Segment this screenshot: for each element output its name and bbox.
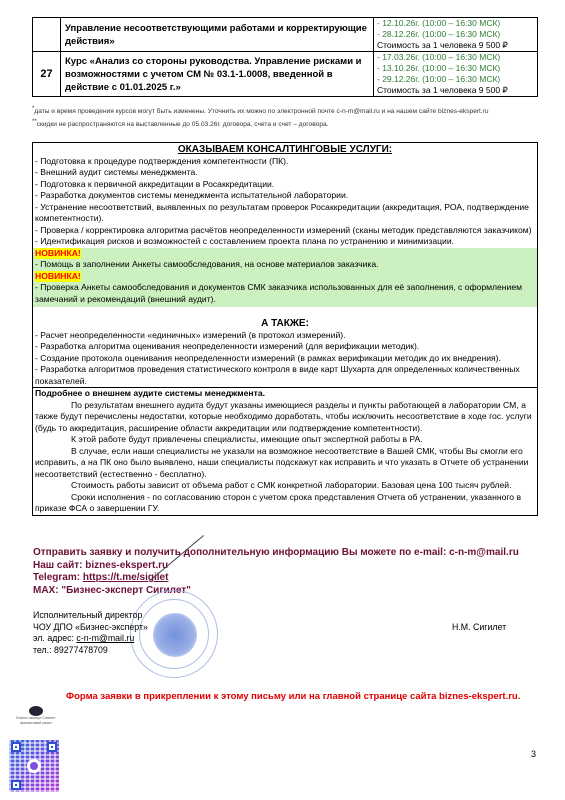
service-item: - Проверка / корректировка алгоритма рас…: [35, 225, 535, 237]
audit-paragraph: Сроки исполнения - по согласованию сторо…: [35, 492, 535, 515]
email-link[interactable]: c-n-m@mail.ru: [76, 633, 134, 643]
max-line: MAX: "Бизнес-эксперт Сигилет": [33, 585, 519, 598]
audit-paragraph: Стоимость работы зависит от объема работ…: [35, 480, 535, 492]
contacts-block: Отправить заявку и получить дополнительн…: [33, 547, 519, 597]
audit-paragraph: По результатам внешнего аудита будут ука…: [35, 400, 535, 435]
site-line: Наш сайт: biznes-ekspert.ru: [33, 560, 519, 573]
footnote-discounts: **скидки не распространяются на выставле…: [32, 117, 542, 130]
form-note: Форма заявки в прикреплении к этому пись…: [66, 691, 520, 702]
also-item: - Разработка алгоритмов проведения стати…: [35, 364, 535, 387]
max-logo-icon: [27, 759, 41, 773]
also-item: - Разработка алгоритма оценивания неопре…: [35, 341, 535, 353]
signer-name: Н.М. Сигилет: [452, 622, 506, 632]
service-item: - Разработка документов системы менеджме…: [35, 190, 535, 202]
qr-code-icon[interactable]: [9, 740, 59, 792]
course-date: - 12.10.26г. (10:00 – 16:30 МСК): [377, 18, 534, 29]
footnotes: *даты и время проведения курсов могут бы…: [32, 104, 542, 130]
request-line: Отправить заявку и получить дополнительн…: [33, 547, 519, 560]
course-table: Управление несоответствующими работами и…: [32, 17, 538, 97]
table-row: Управление несоответствующими работами и…: [33, 18, 538, 52]
telegram-label: Telegram:: [33, 572, 83, 583]
course-title: Управление несоответствующими работами и…: [61, 18, 374, 52]
course-price: Стоимость за 1 человека 9 500 ₽: [377, 40, 534, 51]
new-badge: НОВИНКА!: [35, 271, 81, 283]
course-dates: - 17.03.26г. (10:00 – 16:30 МСК) - 13.10…: [374, 52, 538, 97]
audit-paragraph: В случае, если наши специалисты не указа…: [35, 446, 535, 481]
service-item: - Подготовка к процедуре подтверждения к…: [35, 156, 535, 168]
service-item: - Подготовка к первичной аккредитации в …: [35, 179, 535, 191]
also-title: А ТАКЖЕ:: [35, 317, 535, 330]
services-box: ОКАЗЫВАЕМ КОНСАЛТИНГОВЫЕ УСЛУГИ: - Подго…: [32, 142, 538, 516]
page-number: 3: [531, 749, 536, 759]
consulting-title-text: ОКАЗЫВАЕМ КОНСАЛТИНГОВЫЕ УСЛУГИ:: [178, 144, 392, 155]
new-services-block: НОВИНКА! - Помощь в заполнении Анкеты са…: [33, 248, 537, 308]
course-price: Стоимость за 1 человека 9 500 ₽: [377, 85, 534, 96]
audit-heading: Подробнее о внешнем аудите системы менед…: [35, 388, 535, 400]
service-item: - Идентификация рисков и возможностей с …: [35, 236, 535, 248]
new-badge: НОВИНКА!: [35, 248, 81, 260]
footnote-dates: *даты и время проведения курсов могут бы…: [32, 104, 542, 117]
signature-block: Исполнительный директор ЧОУ ДПО «Бизнес-…: [33, 610, 148, 656]
table-row: 27 Курс «Анализ со стороны руководства. …: [33, 52, 538, 97]
signer-org: ЧОУ ДПО «Бизнес-эксперт»: [33, 622, 148, 634]
channel-logo: Бизнес-эксперт Сигилет финансовый канал: [8, 706, 64, 726]
email-label: эл. адрес:: [33, 633, 76, 643]
row-number: 27: [33, 52, 61, 97]
audit-section: Подробнее о внешнем аудите системы менед…: [33, 387, 537, 515]
course-date: - 28.12.26г. (10:00 – 16:30 МСК): [377, 29, 534, 40]
also-item: - Создание протокола оценивания неопреде…: [35, 353, 535, 365]
signer-position: Исполнительный директор: [33, 610, 148, 622]
qr-finder: [47, 742, 57, 752]
telegram-line: Telegram: https://t.me/sigilet: [33, 572, 519, 585]
new-service-item: - Помощь в заполнении Анкеты самообследо…: [35, 259, 535, 271]
course-date: - 13.10.26г. (10:00 – 16:30 МСК): [377, 63, 534, 74]
service-item: - Устранение несоответствий, выявленных …: [35, 202, 535, 225]
new-service-item: - Проверка Анкеты самообследования и док…: [35, 282, 535, 305]
course-title: Курс «Анализ со стороны руководства. Упр…: [61, 52, 374, 97]
footnote-text: даты и время проведения курсов могут быт…: [34, 108, 488, 115]
signer-phone: тел.: 89277478709: [33, 645, 148, 657]
footnote-text: скидки не распространяются на выставленн…: [37, 121, 329, 128]
service-item: - Внешний аудит системы менеджмента.: [35, 167, 535, 179]
qr-finder: [11, 742, 21, 752]
signer-email-line: эл. адрес: c-n-m@mail.ru: [33, 633, 148, 645]
row-number: [33, 18, 61, 52]
course-date: - 17.03.26г. (10:00 – 16:30 МСК): [377, 52, 534, 63]
consulting-title: ОКАЗЫВАЕМ КОНСАЛТИНГОВЫЕ УСЛУГИ:: [35, 143, 535, 156]
consulting-section: ОКАЗЫВАЕМ КОНСАЛТИНГОВЫЕ УСЛУГИ: - Подго…: [33, 143, 537, 387]
logo-icon: [29, 706, 43, 716]
course-date: - 29.12.26г. (10:00 – 16:30 МСК): [377, 74, 534, 85]
qr-finder: [11, 780, 21, 790]
also-item: - Расчет неопределенности «единичных» из…: [35, 330, 535, 342]
course-dates: - 12.10.26г. (10:00 – 16:30 МСК) - 28.12…: [374, 18, 538, 52]
audit-paragraph: К этой работе будут привлечены специалис…: [35, 434, 535, 446]
logo-subcaption: финансовый канал: [8, 721, 64, 726]
